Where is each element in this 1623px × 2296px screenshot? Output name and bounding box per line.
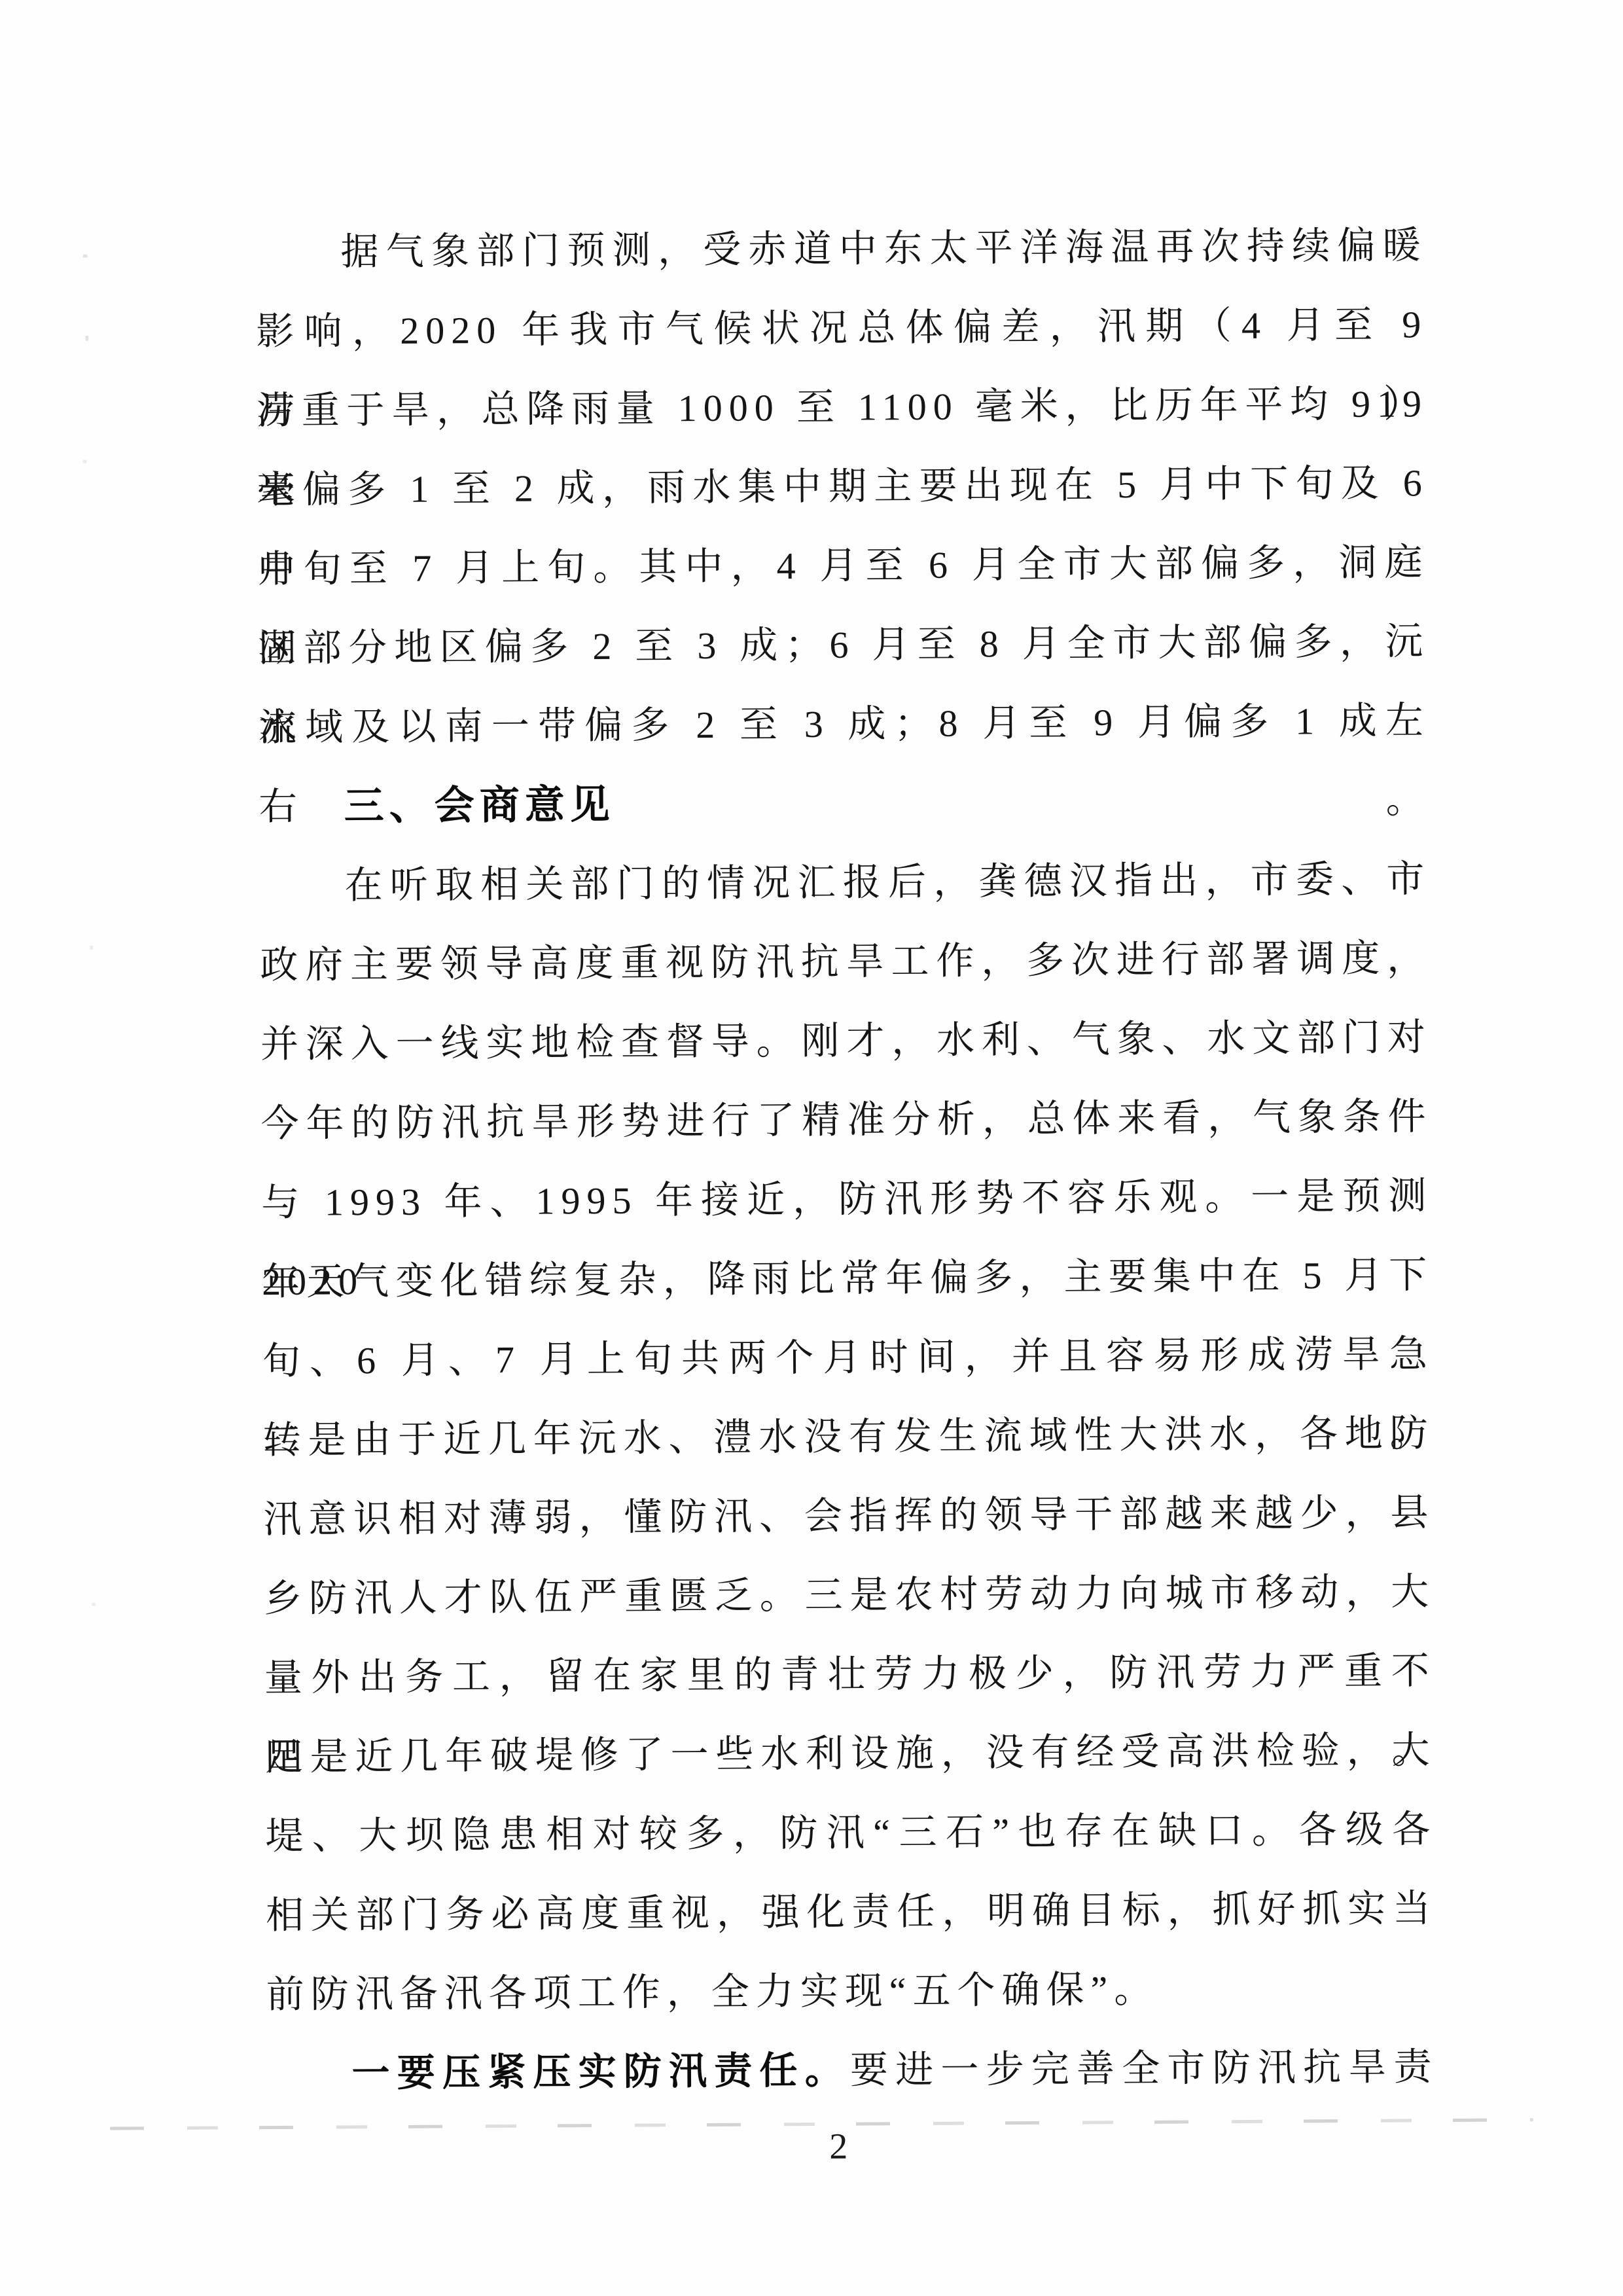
line-text: 并深入一线实地检查督导。刚才，水利、气象、水文部门对 — [260, 1016, 1432, 1066]
document-lines: 据气象部门预测，受赤道中东太平洋海温再次持续偏暖影响，2020 年我市气候状况总… — [255, 206, 1438, 2113]
document-line: 年天气变化错综复杂，降雨比常年偏多，主要集中在 5 月下 — [262, 1235, 1434, 1321]
line-text: 在听取相关部门的情况汇报后，龚德汉指出，市委、市 — [344, 857, 1431, 906]
document-line: 一要压紧压实防汛责任。要进一步完善全市防汛抗旱责 — [266, 2027, 1438, 2113]
line-text: 三、会商意见 — [344, 782, 615, 829]
document-line: 区部分地区偏多 2 至 3 成；6 月至 8 月全市大部偏多，沅水 — [258, 601, 1430, 688]
document-line: 影响，2020 年我市气候状况总体偏差，汛期（4 月至 9 月） — [256, 285, 1428, 371]
document-line: 堤、大坝隐患相对较多，防汛“三石”也存在缺口。各级各 — [265, 1789, 1437, 1876]
scan-speck — [83, 255, 88, 258]
line-text: 四是近几年破堤修了一些水利设施，没有经受高洪检验，大 — [264, 1729, 1436, 1778]
document-body: 据气象部门预测，受赤道中东太平洋海温再次持续偏暖影响，2020 年我市气候状况总… — [255, 206, 1438, 2113]
line-text: 年天气变化错综复杂，降雨比常年偏多，主要集中在 5 月下 — [262, 1253, 1433, 1303]
document-line: 相关部门务必高度重视，强化责任，明确目标，抓好抓实当 — [266, 1869, 1438, 1955]
scanned-document-page: 据气象部门预测，受赤道中东太平洋海温再次持续偏暖影响，2020 年我市气候状况总… — [0, 0, 1623, 2296]
document-line: 米偏多 1 至 2 成，雨水集中期主要出现在 5 月中下旬及 6 月 — [257, 443, 1429, 529]
document-line: 二是由于近几年沅水、澧水没有发生流域性大洪水，各地防 — [262, 1393, 1435, 1480]
document-line: 前防汛备汛各项工作，全力实现“五个确保”。 — [266, 1948, 1438, 2034]
line-text: 今年的防汛抗旱形势进行了精准分析，总体来看，气象条件 — [260, 1095, 1432, 1145]
document-line: 乡防汛人才队伍严重匮乏。三是农村劳动力向城市移动，大 — [264, 1552, 1436, 1638]
document-line: 旬、6 月、7 月上旬共两个月时间，并且容易形成涝旱急转。 — [262, 1314, 1435, 1401]
line-text: 据气象部门预测，受赤道中东太平洋海温再次持续偏暖 — [340, 224, 1427, 273]
scan-speck — [85, 336, 88, 341]
document-line: 今年的防汛抗旱形势进行了精准分析，总体来看，气象条件 — [260, 1077, 1433, 1163]
document-line: 在听取相关部门的情况汇报后，龚德汉指出，市委、市 — [259, 839, 1431, 925]
line-text: 政府主要领导高度重视防汛抗旱工作，多次进行部署调度， — [260, 937, 1431, 986]
document-line: 汛意识相对薄弱，懂防汛、会指挥的领导干部越来越少，县 — [263, 1473, 1435, 1559]
document-line: 并深入一线实地检查督导。刚才，水利、气象、水文部门对 — [260, 997, 1433, 1084]
line-text: 乡防汛人才队伍严重匮乏。三是农村劳动力向城市移动，大 — [264, 1570, 1435, 1620]
document-line: 涝重于旱，总降雨量 1000 至 1100 毫米，比历年平均 919 毫 — [257, 364, 1429, 450]
line-text: 前防汛备汛各项工作，全力实现“五个确保”。 — [266, 1968, 1159, 2016]
line-text: 要进一步完善全市防汛抗旱责 — [850, 2045, 1438, 2091]
scan-speck — [82, 460, 86, 463]
document-line: 与 1993 年、1995 年接近，防汛形势不容乐观。一是预测 2020 — [261, 1156, 1433, 1242]
scan-speck — [92, 1603, 96, 1606]
line-text: 相关部门务必高度重视，强化责任，明确目标，抓好抓实当 — [266, 1887, 1437, 1937]
line-text: 二是由于近几年沅水、澧水没有发生流域性大洪水，各地防 — [262, 1412, 1434, 1462]
document-line: 量外出务工，留在家里的青壮劳力极少，防汛劳力严重不足。 — [264, 1631, 1436, 1717]
line-text: 汛意识相对薄弱，懂防汛、会指挥的领导干部越来越少，县 — [263, 1491, 1435, 1541]
document-line: 据气象部门预测，受赤道中东太平洋海温再次持续偏暖 — [255, 206, 1427, 292]
line-text: 堤、大坝隐患相对较多，防汛“三石”也存在缺口。各级各 — [265, 1808, 1436, 1857]
document-line: 四是近几年破堤修了一些水利设施，没有经受高洪检验，大 — [264, 1710, 1436, 1797]
page-tilt-wrapper: 据气象部门预测，受赤道中东太平洋海温再次持续偏暖影响，2020 年我市气候状况总… — [0, 0, 1623, 2296]
scan-speck — [90, 946, 93, 950]
line-bold-lead: 一要压紧压实防汛责任。 — [351, 2049, 850, 2095]
document-line: 政府主要领导高度重视防汛抗旱工作，多次进行部署调度， — [260, 918, 1432, 1005]
document-line: 流域及以南一带偏多 2 至 3 成；8 月至 9 月偏多 1 成左右。 — [259, 681, 1431, 767]
document-line: 中旬至 7 月上旬。其中，4 月至 6 月全市大部偏多，洞庭湖 — [257, 522, 1429, 609]
